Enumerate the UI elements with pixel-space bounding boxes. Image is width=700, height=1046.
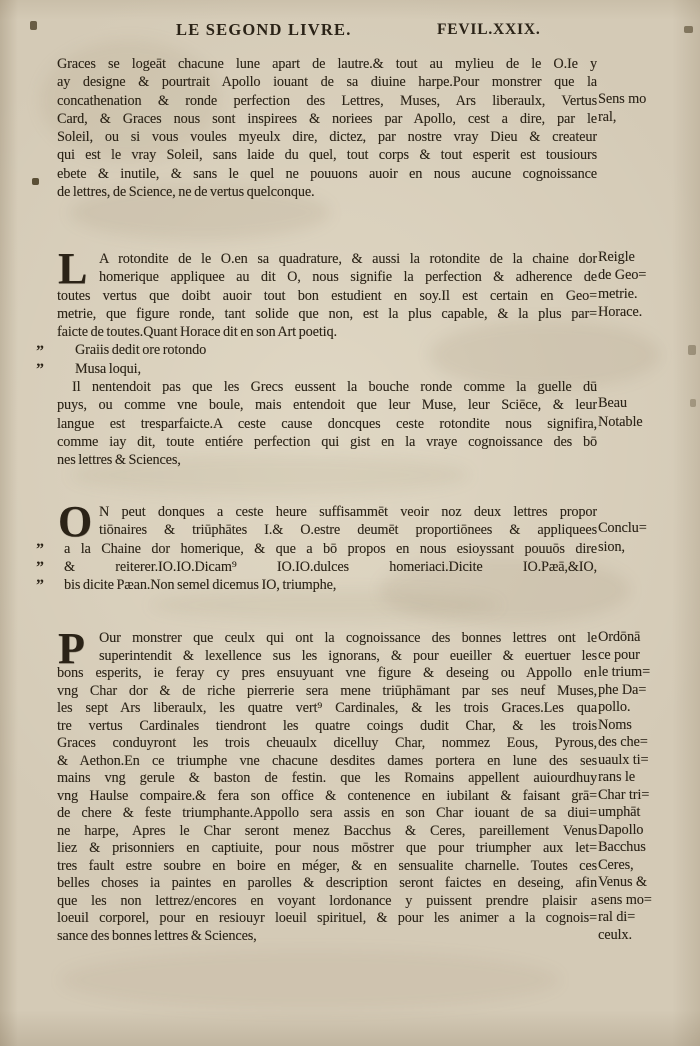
ink-speck (32, 178, 39, 185)
ink-speck (690, 399, 696, 407)
book-page: LE SEGOND LIVRE. FEVIL.XXIX. Graces se l… (0, 0, 700, 1046)
quotation-mark: ” (36, 542, 44, 558)
ink-speck (30, 21, 37, 30)
ink-speck (688, 345, 696, 355)
ink-speck (684, 26, 693, 33)
quotation-mark: ” (36, 578, 44, 594)
quote-marks: ””””” (0, 0, 700, 1046)
quotation-mark: ” (36, 344, 44, 360)
quotation-mark: ” (36, 560, 44, 576)
quotation-mark: ” (36, 362, 44, 378)
